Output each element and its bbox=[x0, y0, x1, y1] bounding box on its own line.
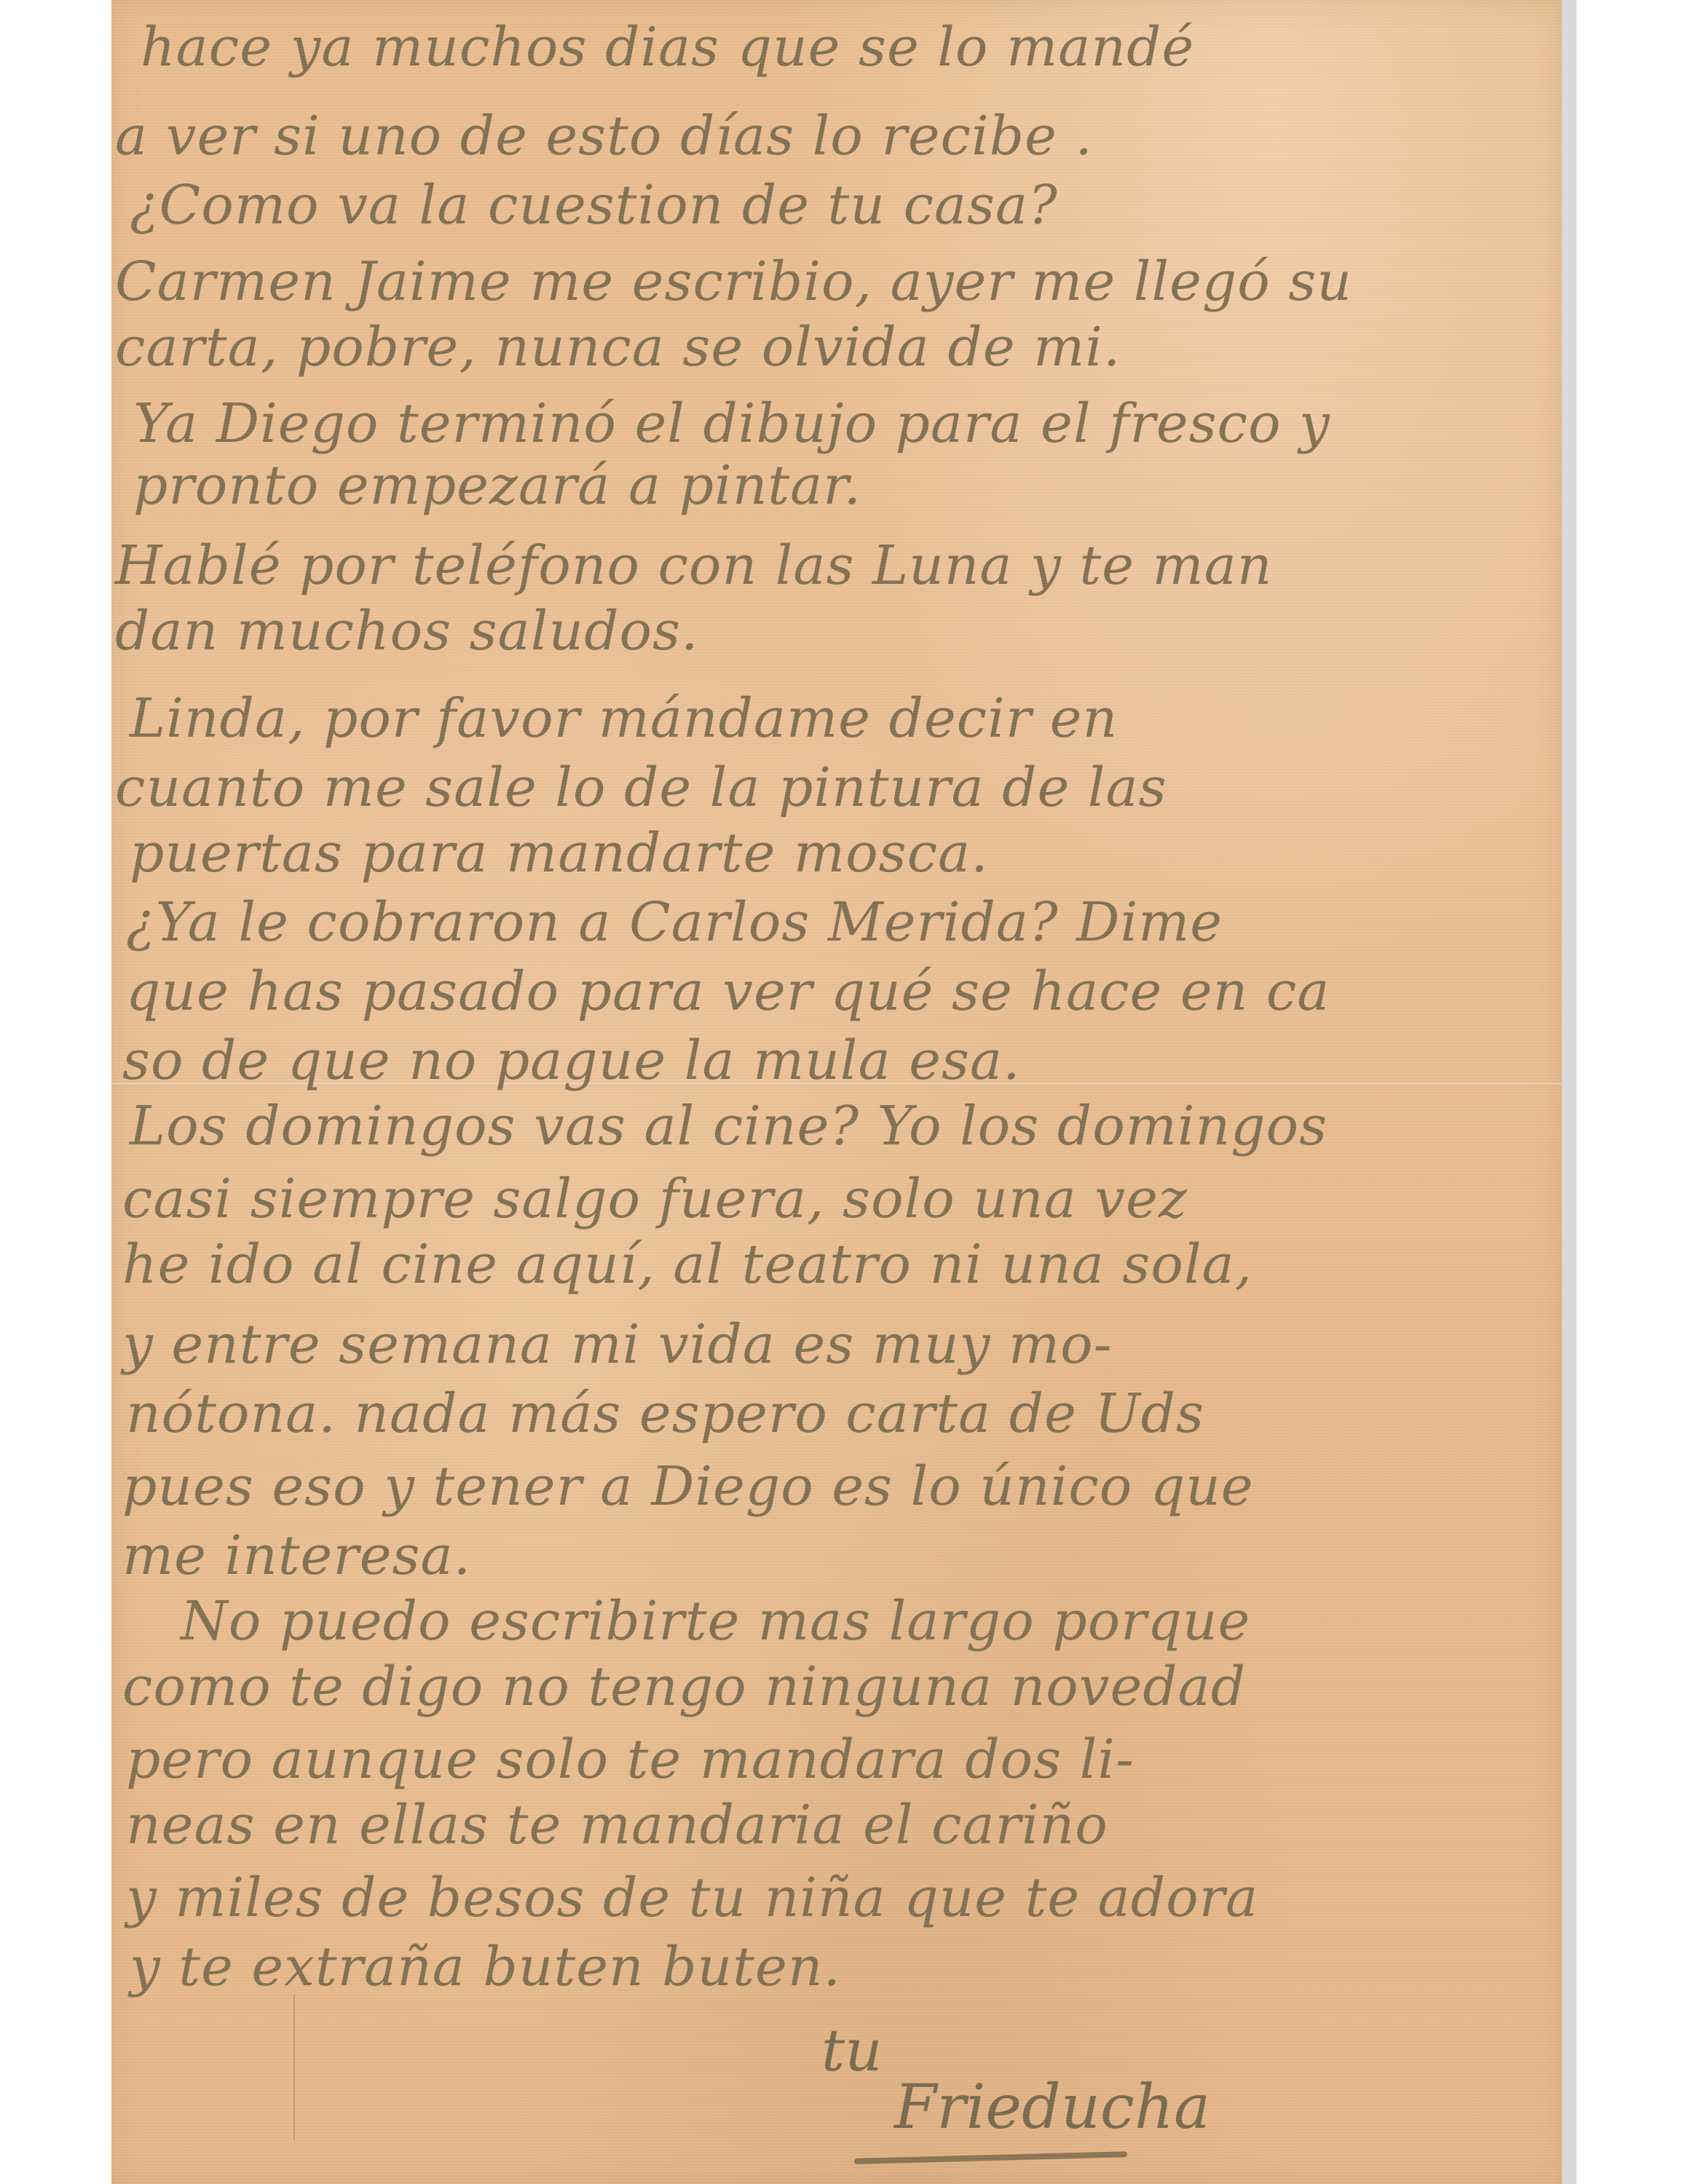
pencil-margin-mark bbox=[293, 1995, 295, 2140]
letter-line-11: cuanto me sale lo de la pintura de las bbox=[115, 761, 1167, 815]
letter-line-1: hace ya muchos dias que se lo mandé bbox=[141, 20, 1194, 74]
letter-line-26: neas en ellas te mandaria el cariño bbox=[126, 1798, 1108, 1852]
letter-line-6: Ya Diego terminó el dibujo para el fresc… bbox=[133, 397, 1330, 451]
scan-edge-strip bbox=[1562, 0, 1577, 2184]
letter-line-24: como te digo no tengo ninguna novedad bbox=[122, 1660, 1246, 1714]
letter-line-23: No puedo escribirte mas largo porque bbox=[181, 1594, 1250, 1648]
letter-line-14: que has pasado para ver qué se hace en c… bbox=[126, 965, 1330, 1018]
letter-line-5: carta, pobre, nunca se olvida de mi. bbox=[115, 320, 1121, 374]
letter-line-25: pero aunque solo te mandara dos li- bbox=[126, 1733, 1135, 1787]
letter-line-4: Carmen Jaime me escribio, ayer me llegó … bbox=[115, 255, 1352, 309]
letter-line-12: puertas para mandarte mosca. bbox=[130, 826, 989, 880]
letter-line-7: pronto empezará a pintar. bbox=[133, 459, 861, 513]
signature-underline bbox=[854, 2151, 1127, 2164]
letter-line-27: y miles de besos de tu niña que te adora bbox=[126, 1871, 1258, 1925]
letter-line-10: Linda, por favor mándame decir en bbox=[130, 692, 1118, 745]
letter-line-17: casi siempre salgo fuera, solo una vez bbox=[122, 1172, 1188, 1226]
letter-line-9: dan muchos saludos. bbox=[115, 604, 699, 658]
letter-line-18: he ido al cine aquí, al teatro ni una so… bbox=[122, 1238, 1253, 1291]
letter-line-3: ¿Como va la cuestion de tu casa? bbox=[130, 178, 1058, 232]
letter-line-21: pues eso y tener a Diego es lo único que bbox=[122, 1460, 1254, 1514]
letter-line-28: y te extraña buten buten. bbox=[130, 1940, 841, 1994]
letter-line-13: ¿Ya le cobraron a Carlos Merida? Dime bbox=[126, 895, 1223, 949]
letter-line-20: nótona. nada más espero carta de Uds bbox=[126, 1387, 1204, 1441]
closing-word: tu bbox=[821, 2017, 883, 2084]
letter-paper: hace ya muchos dias que se lo mandé a ve… bbox=[111, 0, 1562, 2184]
letter-line-2: a ver si uno de esto días lo recibe . bbox=[115, 109, 1093, 163]
letter-line-8: Hablé por teléfono con las Luna y te man bbox=[115, 539, 1272, 593]
letter-line-19: y entre semana mi vida es muy mo- bbox=[122, 1318, 1113, 1372]
signature: Frieducha bbox=[894, 2071, 1210, 2143]
letter-line-15: so de que no pague la mula esa. bbox=[122, 1034, 1021, 1088]
letter-line-22: me interesa. bbox=[122, 1529, 471, 1583]
letter-line-16: Los domingos vas al cine? Yo los domingo… bbox=[130, 1099, 1328, 1153]
